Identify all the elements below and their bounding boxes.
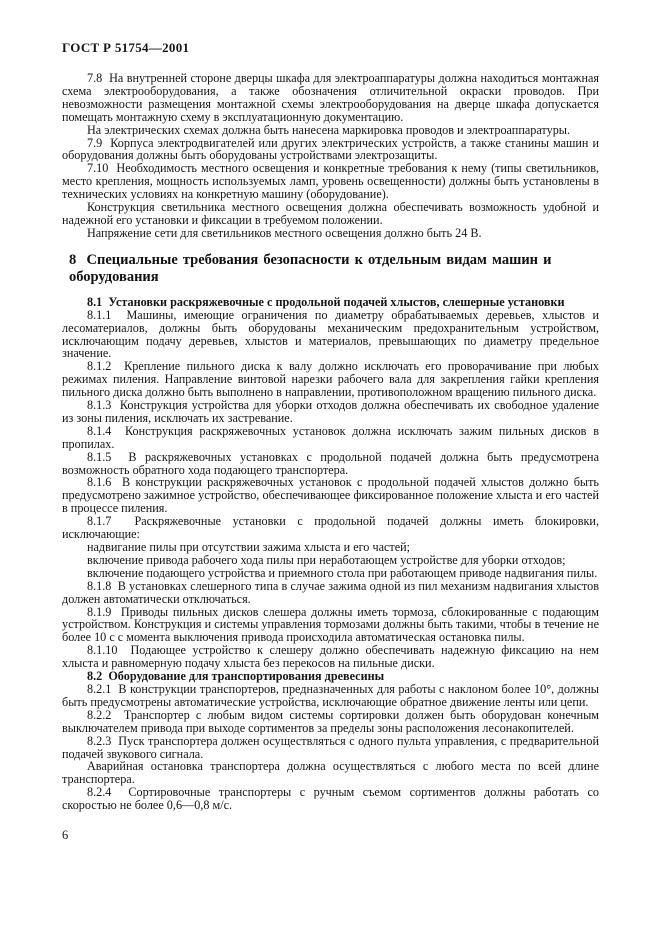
clause-8-1-1: 8.1.1 Машины, имеющие ограничения по диа…	[62, 309, 599, 361]
clause-8-1-7-item-3: включение подающего устройства и приемно…	[62, 567, 599, 580]
clause-8-1-3: 8.1.3 Конструкция устройства для уборки …	[62, 399, 599, 425]
clause-8-1-4: 8.1.4 Конструкция раскряжевочных установ…	[62, 425, 599, 451]
clause-8-2-1: 8.2.1 В конструкции транспортеров, предн…	[62, 683, 599, 709]
clause-8-2-3-note: Аварийная остановка транспортера должна …	[62, 760, 599, 786]
clause-8-1-7: 8.1.7 Раскряжевочные установки с продоль…	[62, 515, 599, 541]
clause-8-1-5: 8.1.5 В раскряжевочных установках с прод…	[62, 451, 599, 477]
document-page: ГОСТ Р 51754—2001 7.8 На внутренней стор…	[0, 0, 661, 936]
clause-7-10-note-1: Конструкция светильника местного освещен…	[62, 201, 599, 227]
clause-8-1-heading: 8.1 Установки раскряжевочные с продольно…	[62, 296, 599, 309]
clause-7-10-note-2: Напряжение сети для светильников местног…	[62, 227, 599, 240]
clause-8-2-3: 8.2.3 Пуск транспортера должен осуществл…	[62, 735, 599, 761]
clause-7-10: 7.10 Необходимость местного освещения и …	[62, 162, 599, 201]
clause-8-1-6: 8.1.6 В конструкции раскряжевочных устан…	[62, 476, 599, 515]
section-8-heading: 8 Специальные требования безопасности к …	[62, 252, 599, 287]
clause-7-9: 7.9 Корпуса электродвигателей или других…	[62, 137, 599, 163]
clause-8-1-10: 8.1.10 Подающее устройство к слешеру дол…	[62, 644, 599, 670]
clause-8-2-4: 8.2.4 Сортировочные транспортеры с ручны…	[62, 786, 599, 812]
clause-8-1-7-item-2: включение привода рабочего хода пилы при…	[62, 554, 599, 567]
clause-7-8-note: На электрических схемах должна быть нане…	[62, 124, 599, 137]
clause-8-1-2: 8.1.2 Крепление пильного диска к валу до…	[62, 360, 599, 399]
clause-8-1-9: 8.1.9 Приводы пильных дисков слешера дол…	[62, 606, 599, 645]
document-header: ГОСТ Р 51754—2001	[62, 40, 599, 55]
document-content: ГОСТ Р 51754—2001 7.8 На внутренней стор…	[62, 40, 599, 842]
clause-8-1-7-item-1: надвигание пилы при отсутствии зажима хл…	[62, 541, 599, 554]
clause-7-8: 7.8 На внутренней стороне дверцы шкафа д…	[62, 72, 599, 124]
clause-8-1-8: 8.1.8 В установках слешерного типа в слу…	[62, 580, 599, 606]
page-number: 6	[62, 828, 599, 842]
clause-8-2-2: 8.2.2 Транспортер с любым видом системы …	[62, 709, 599, 735]
